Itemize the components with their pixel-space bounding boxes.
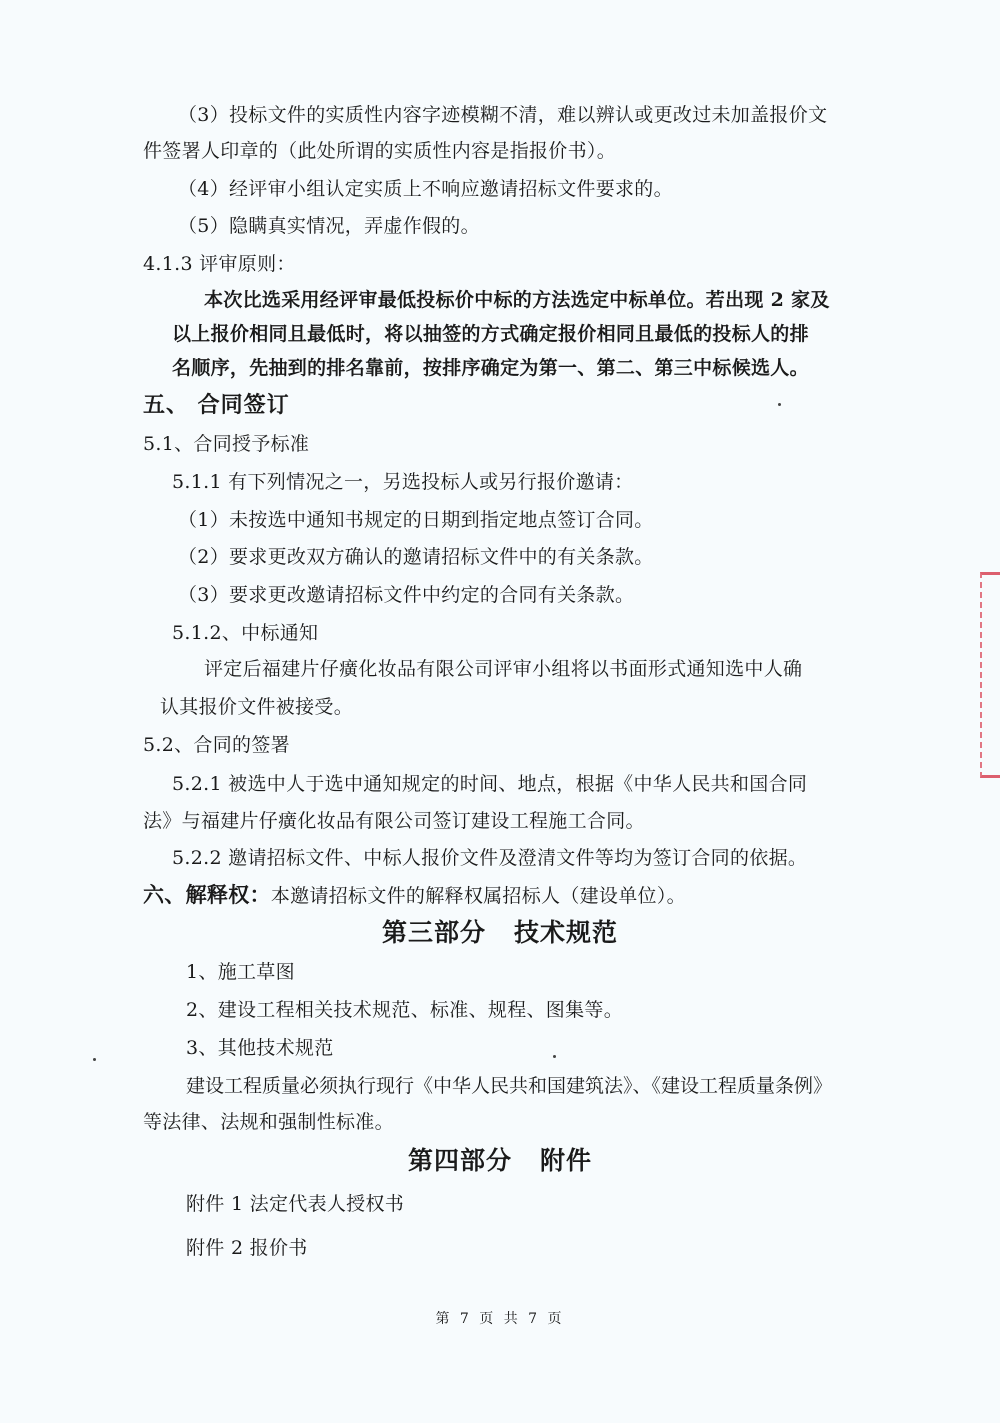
heading-5-1-1: 5.1.1 有下列情况之一，另选投标人或另行报价邀请：: [172, 470, 634, 494]
signing-5-2-1-line2: 法》与福建片仔癀化妆品有限公司签订建设工程施工合同。: [143, 809, 645, 833]
part-3-title: 第三部分技术规范: [0, 918, 1000, 948]
scan-speck: [778, 403, 781, 406]
award-notice-line1: 评定后福建片仔癀化妆品有限公司评审小组将以书面形式通知选中人确: [204, 657, 802, 681]
contract-item-2: （2）要求更改双方确认的邀请招标文件中的有关条款。: [178, 545, 654, 569]
company-seal-partial: [980, 572, 1000, 778]
contract-item-1: （1）未按选中通知书规定的日期到指定地点签订合同。: [178, 508, 654, 532]
scan-speck: [93, 1058, 96, 1061]
disqualify-item-3-line1: （3）投标文件的实质性内容字迹模糊不清，难以辨认或更改过未加盖报价文: [178, 103, 827, 127]
award-notice-line2: 认其报价文件被接受。: [160, 695, 353, 719]
contract-item-3: （3）要求更改邀请招标文件中约定的合同有关条款。: [178, 583, 634, 607]
heading-5-1: 5.1、合同授予标准: [143, 432, 309, 456]
heading-5-1-2: 5.1.2、中标通知: [172, 621, 318, 645]
section-6-title: 六、解释权：: [143, 883, 271, 907]
scan-speck: [553, 1055, 556, 1058]
page-number: 第 7 页 共 7 页: [0, 1308, 1000, 1328]
signing-5-2-1-line1: 5.2.1 被选中人于选中通知规定的时间、地点，根据《中华人民共和国合同: [172, 772, 807, 796]
signing-5-2-2: 5.2.2 邀请招标文件、中标人报价文件及澄清文件等均为签订合同的依据。: [172, 846, 807, 870]
tech-spec-item-2: 2、建设工程相关技术规范、标准、规程、图集等。: [186, 998, 623, 1022]
evaluation-principle-line1: 本次比选采用经评审最低投标价中标的方法选定中标单位。若出现 2 家及: [204, 288, 830, 312]
heading-5-2: 5.2、合同的签署: [143, 733, 290, 757]
tech-spec-paragraph-line1: 建设工程质量必须执行现行《中华人民共和国建筑法》、《建设工程质量条例》: [186, 1074, 832, 1098]
evaluation-principle-line3: 名顺序，先抽到的排名靠前，按排序确定为第一、第二、第三中标候选人。: [172, 356, 809, 380]
section-6: 六、解释权：本邀请招标文件的解释权属招标人（建设单位）。: [143, 883, 686, 908]
part-4-title: 第四部分附件: [0, 1146, 1000, 1176]
evaluation-principle-line2: 以上报价相同且最低时，将以抽签的方式确定报价相同且最低的投标人的排: [172, 322, 809, 346]
disqualify-item-5: （5）隐瞒真实情况，弄虚作假的。: [178, 214, 480, 238]
section-6-text: 本邀请招标文件的解释权属招标人（建设单位）。: [271, 885, 686, 907]
attachment-1: 附件 1 法定代表人授权书: [186, 1192, 404, 1216]
section-5-title: 五、 合同签订: [143, 392, 290, 420]
disqualify-item-4: （4）经评审小组认定实质上不响应邀请招标文件要求的。: [178, 177, 673, 201]
tech-spec-item-1: 1、施工草图: [186, 960, 295, 984]
tech-spec-item-3: 3、其他技术规范: [186, 1036, 334, 1060]
attachment-2: 附件 2 报价书: [186, 1236, 308, 1260]
tech-spec-paragraph-line2: 等法律、法规和强制性标准。: [143, 1110, 394, 1134]
heading-4-1-3: 4.1.3 评审原则：: [143, 252, 296, 276]
disqualify-item-3-line2: 件签署人印章的（此处所谓的实质性内容是指报价书）。: [143, 139, 616, 163]
